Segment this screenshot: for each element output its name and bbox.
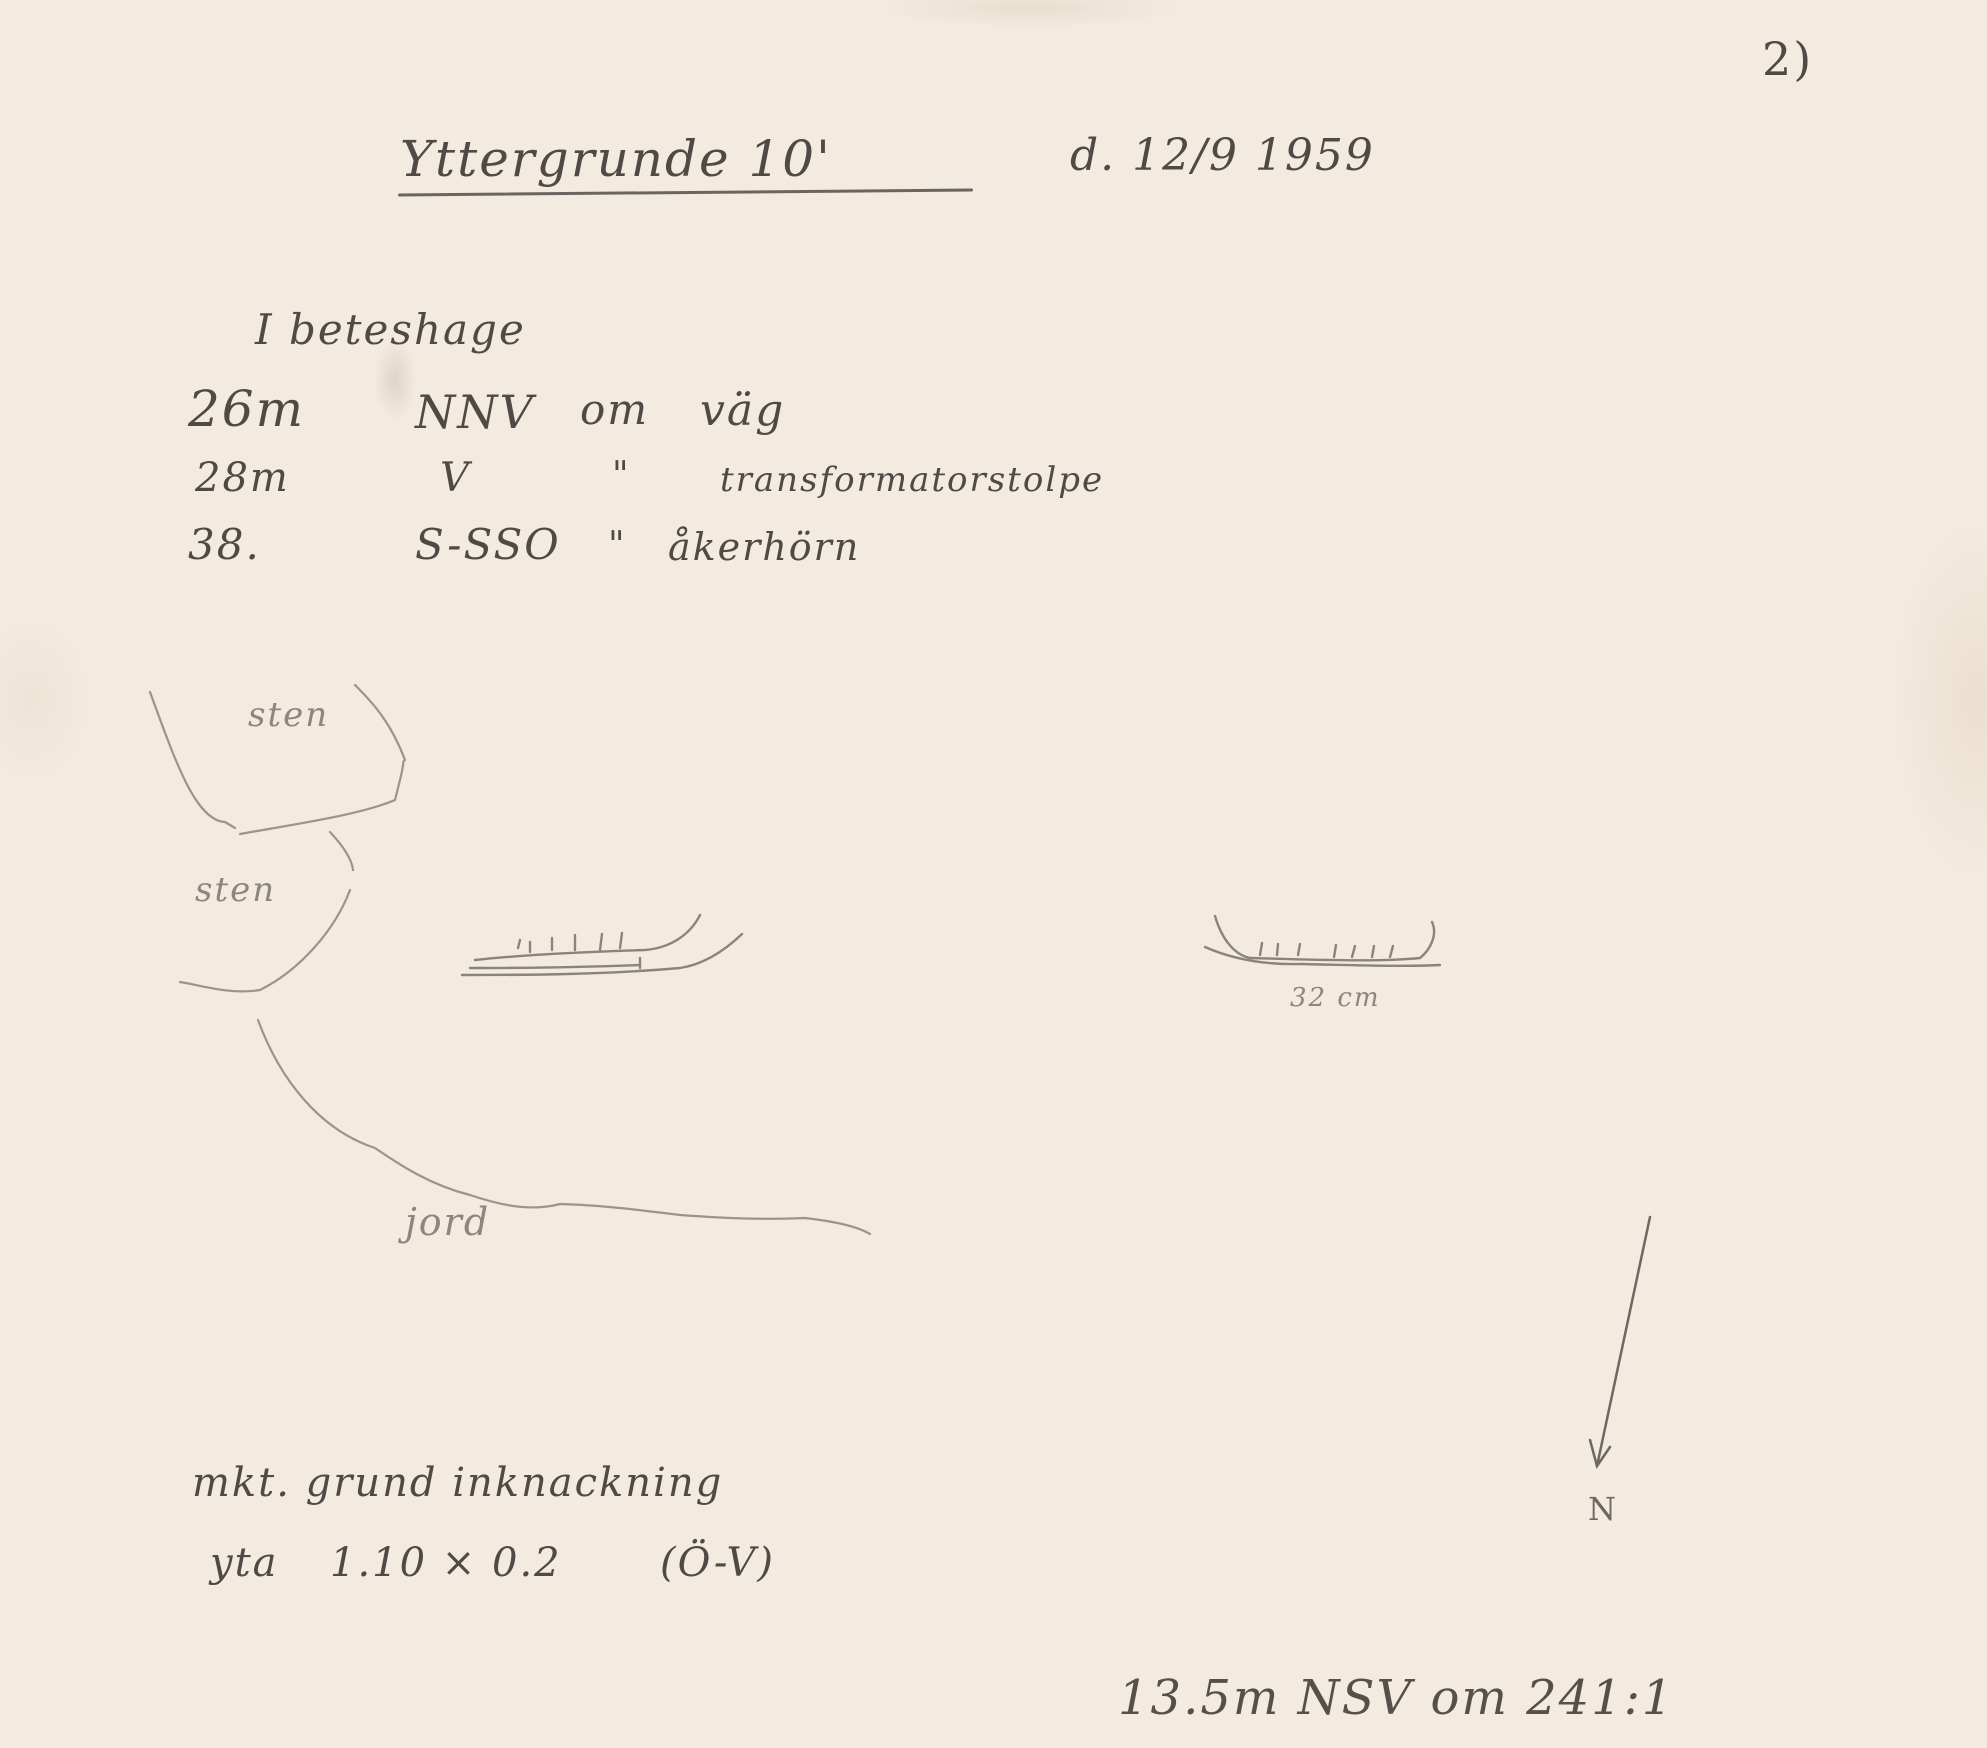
note-area-size: 1.10 × 0.2 (330, 1540, 562, 1586)
north-label: N (1588, 1490, 1618, 1528)
field-note-page: 2) Yttergrunde 10' d. 12/9 1959 I betesh… (0, 0, 1987, 1748)
note-area-label: yta (210, 1540, 279, 1586)
stone-outline (180, 832, 353, 991)
soil-boundary (258, 1020, 870, 1234)
stone-label: sten (195, 870, 276, 910)
ship-figure (462, 915, 742, 975)
note-line: mkt. grund inknackning (192, 1460, 723, 1506)
soil-label: jord (405, 1200, 490, 1244)
ship-figure (1205, 916, 1440, 966)
north-arrow-icon (1590, 1217, 1650, 1466)
note-orientation: (Ö-V) (660, 1540, 775, 1586)
ship-length-label: 32 cm (1290, 983, 1381, 1013)
stone-label: sten (248, 695, 329, 735)
footer-reference: 13.5m NSV om 241:1 (1118, 1670, 1674, 1726)
